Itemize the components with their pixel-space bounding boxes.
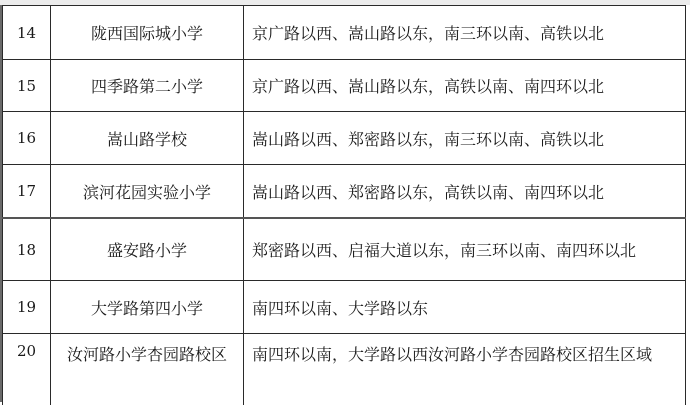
- row-number: 19: [3, 281, 51, 334]
- row-number: 20: [3, 334, 51, 405]
- row-number: 18: [3, 218, 51, 281]
- enrollment-area: 郑密路以西、启福大道以东，南三环以南、南四环以北: [244, 218, 686, 281]
- table-row: 17 滨河花园实验小学 嵩山路以西、郑密路以东，高铁以南、南四环以北: [3, 165, 686, 219]
- school-name: 陇西国际城小学: [51, 6, 244, 60]
- table-row: 19 大学路第四小学 南四环以南、大学路以东: [3, 281, 686, 334]
- enrollment-area: 京广路以西、嵩山路以东，南三环以南、高铁以北: [244, 6, 686, 60]
- row-number: 14: [3, 6, 51, 60]
- row-number: 15: [3, 60, 51, 112]
- school-name: 盛安路小学: [51, 218, 244, 281]
- table-row: 14 陇西国际城小学 京广路以西、嵩山路以东，南三环以南、高铁以北: [3, 6, 686, 60]
- school-name: 汝河路小学杏园路校区: [51, 334, 244, 405]
- enrollment-area: 嵩山路以西、郑密路以东，南三环以南、高铁以北: [244, 112, 686, 165]
- row-number: 17: [3, 165, 51, 219]
- enrollment-area: 南四环以南、大学路以东: [244, 281, 686, 334]
- school-name: 大学路第四小学: [51, 281, 244, 334]
- school-name: 嵩山路学校: [51, 112, 244, 165]
- table-row: 20 汝河路小学杏园路校区 南四环以南，大学路以西汝河路小学杏园路校区招生区域: [3, 334, 686, 405]
- enrollment-zone-table: 14 陇西国际城小学 京广路以西、嵩山路以东，南三环以南、高铁以北 15 四季路…: [2, 5, 686, 405]
- enrollment-area: 京广路以西、嵩山路以东，高铁以南、南四环以北: [244, 60, 686, 112]
- table-row: 15 四季路第二小学 京广路以西、嵩山路以东，高铁以南、南四环以北: [3, 60, 686, 112]
- table-row: 18 盛安路小学 郑密路以西、启福大道以东，南三环以南、南四环以北: [3, 218, 686, 281]
- enrollment-area: 南四环以南，大学路以西汝河路小学杏园路校区招生区域: [244, 334, 686, 405]
- row-number: 16: [3, 112, 51, 165]
- school-name: 滨河花园实验小学: [51, 165, 244, 219]
- table-row: 16 嵩山路学校 嵩山路以西、郑密路以东，南三环以南、高铁以北: [3, 112, 686, 165]
- enrollment-area: 嵩山路以西、郑密路以东，高铁以南、南四环以北: [244, 165, 686, 219]
- enrollment-zone-table-container: 14 陇西国际城小学 京广路以西、嵩山路以东，南三环以南、高铁以北 15 四季路…: [2, 5, 686, 405]
- school-name: 四季路第二小学: [51, 60, 244, 112]
